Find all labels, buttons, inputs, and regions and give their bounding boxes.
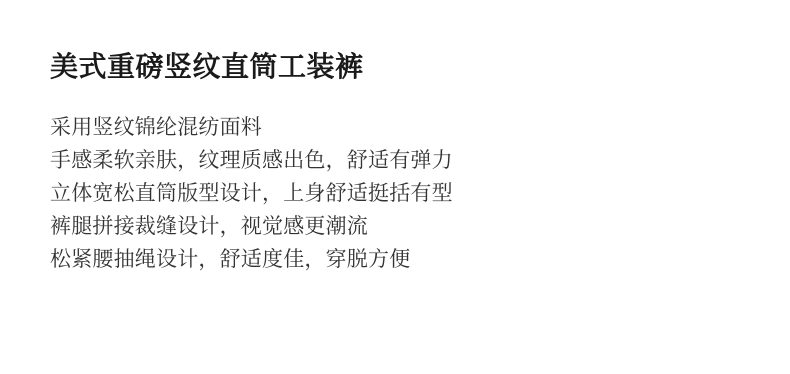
- description-line: 手感柔软亲肤，纹理质感出色，舒适有弹力: [50, 144, 750, 177]
- product-description-section: 美式重磅竖纹直筒工装裤 采用竖纹锦纶混纺面料 手感柔软亲肤，纹理质感出色，舒适有…: [0, 0, 790, 276]
- description-line: 松紧腰抽绳设计，舒适度佳，穿脱方便: [50, 243, 750, 276]
- description-line: 裤腿拼接裁缝设计，视觉感更潮流: [50, 210, 750, 243]
- description-line: 采用竖纹锦纶混纺面料: [50, 111, 750, 144]
- product-description-text: 采用竖纹锦纶混纺面料 手感柔软亲肤，纹理质感出色，舒适有弹力 立体宽松直筒版型设…: [50, 111, 750, 276]
- product-description-page: 美式重磅竖纹直筒工装裤 采用竖纹锦纶混纺面料 手感柔软亲肤，纹理质感出色，舒适有…: [0, 0, 790, 374]
- product-title: 美式重磅竖纹直筒工装裤: [50, 52, 750, 81]
- description-line: 立体宽松直筒版型设计，上身舒适挺括有型: [50, 177, 750, 210]
